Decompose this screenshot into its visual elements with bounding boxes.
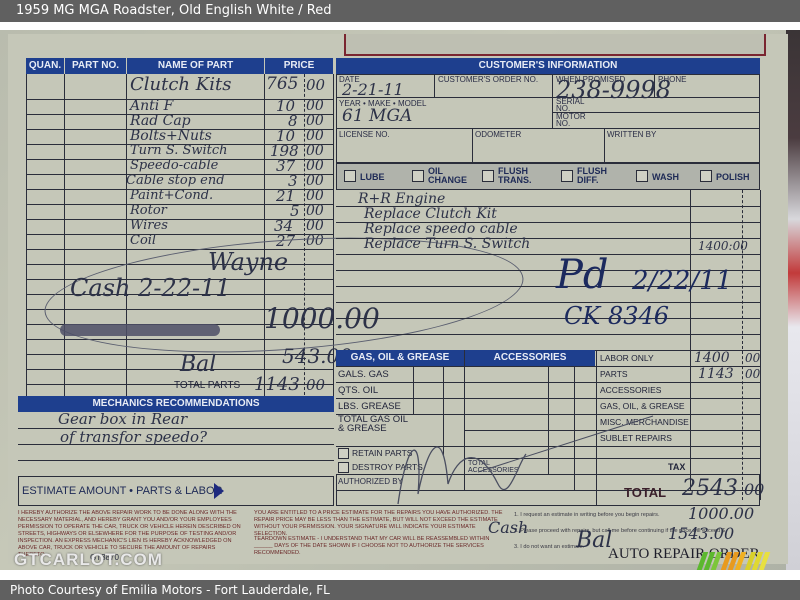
col-header-quan: QUAN. xyxy=(26,58,64,74)
divider xyxy=(336,366,760,367)
flush-trans-label: FLUSH TRANS. xyxy=(498,167,538,185)
year-make-model-value[interactable]: 61 MGA xyxy=(342,106,412,126)
part-cents: 00 xyxy=(306,113,324,129)
estimate-rights-text: YOU ARE ENTITLED TO A PRICE ESTIMATE FOR… xyxy=(254,510,508,538)
divider xyxy=(742,190,743,500)
labor-amount: 1400:00 xyxy=(698,239,748,253)
parts-value: 1143 xyxy=(698,366,734,382)
flush-trans-checkbox[interactable] xyxy=(482,170,494,182)
paid-mark: Pd xyxy=(556,252,609,298)
lbs-grease-label: LBS. GREASE xyxy=(338,401,401,412)
divider xyxy=(126,74,127,400)
part-name: Speedo-cable xyxy=(130,158,218,173)
parts-cents: 00 xyxy=(745,367,760,381)
background-edge xyxy=(786,30,800,570)
divider xyxy=(336,318,760,319)
accessories-header: ACCESSORIES xyxy=(465,350,595,366)
bottom-cash-amount: 1000.00 xyxy=(688,504,754,523)
accessories-label: ACCESSORIES xyxy=(600,385,661,395)
part-cents: 00 xyxy=(306,143,324,159)
wash-checkbox[interactable] xyxy=(636,170,648,182)
part-name: Turn S. Switch xyxy=(130,143,228,158)
part-cents: 00 xyxy=(306,128,324,144)
part-name: Rotor xyxy=(130,203,167,218)
part-name: Clutch Kits xyxy=(130,74,231,95)
divider xyxy=(336,302,760,303)
serial-no-label: SERIAL NO. xyxy=(556,98,586,112)
part-cents: 00 xyxy=(306,188,324,204)
total-parts-value: 1143 xyxy=(254,374,300,395)
part-name: Rad Cap xyxy=(130,113,191,129)
gtcarlot-logo-icon xyxy=(696,552,770,570)
part-name: Anti F xyxy=(130,98,173,114)
part-cents: 00 xyxy=(306,98,324,114)
parts-label: PARTS xyxy=(600,369,628,379)
divider xyxy=(336,382,760,383)
odometer-label: ODOMETER xyxy=(475,130,521,139)
flush-diff-checkbox[interactable] xyxy=(561,170,573,182)
retain-parts-checkbox[interactable] xyxy=(338,448,349,459)
note-bal-label: Bal xyxy=(180,352,216,377)
part-name: Wires xyxy=(130,218,168,233)
divider xyxy=(336,398,760,399)
col-header-price: PRICE xyxy=(265,58,333,74)
divider xyxy=(413,366,414,414)
divider xyxy=(26,74,27,400)
part-name: Paint+Cond. xyxy=(130,188,213,203)
listing-title: 1959 MG MGA Roadster, Old English White … xyxy=(16,3,332,18)
divider xyxy=(336,254,760,255)
listing-title-bar: 1959 MG MGA Roadster, Old English White … xyxy=(0,0,800,22)
motor-no-label: MOTOR NO. xyxy=(556,113,586,127)
mechanics-line: Gear box in Rear xyxy=(58,410,187,428)
total-parts-cents: 00 xyxy=(306,376,325,394)
flush-diff-label: FLUSH DIFF. xyxy=(577,167,611,185)
part-price: 765 xyxy=(266,74,298,94)
note-wayne: Wayne xyxy=(208,248,288,276)
labor-only-cents: 00 xyxy=(745,351,760,365)
divider xyxy=(760,190,761,500)
customer-info-header: CUSTOMER'S INFORMATION xyxy=(336,58,760,74)
photo-credit: Photo Courtesy of Emilia Motors - Fort L… xyxy=(10,583,330,597)
divider xyxy=(18,460,334,461)
gas-oil-grease-header: GAS, OIL & GREASE xyxy=(336,350,464,366)
divider xyxy=(336,128,760,129)
mechanics-line: of transfor speedo? xyxy=(60,428,207,446)
total-parts-label: TOTAL PARTS xyxy=(174,380,240,391)
gtcarlot-watermark: GTCARLOT.COM xyxy=(14,550,163,570)
divider xyxy=(336,334,760,335)
polish-label: POLISH xyxy=(716,172,750,182)
polish-checkbox[interactable] xyxy=(700,170,712,182)
paid-date: 2/22/11 xyxy=(632,266,732,296)
estimate-label: ESTIMATE AMOUNT • PARTS & LABOR xyxy=(22,485,222,497)
oil-change-label: OIL CHANGE xyxy=(428,167,470,185)
labor-line: Replace speedo cable xyxy=(364,221,518,237)
red-header-box xyxy=(344,34,766,56)
bottom-bal-amount: 1543.00 xyxy=(668,524,734,543)
total-cents: 00 xyxy=(744,480,764,499)
note-cash: Cash 2-22-11 xyxy=(70,274,231,302)
lube-checkbox[interactable] xyxy=(344,170,356,182)
part-name: Coil xyxy=(130,233,156,248)
labor-line: R+R Engine xyxy=(358,191,445,207)
bottom-bal-note: Bal xyxy=(576,528,612,553)
part-cents: 00 xyxy=(306,218,324,234)
lube-label: LUBE xyxy=(360,172,385,182)
photo-credit-bar: Photo Courtesy of Emilia Motors - Fort L… xyxy=(0,580,800,600)
total-value: 2543 xyxy=(682,476,738,501)
paid-check: CK 8346 xyxy=(564,302,669,330)
tax-label: TAX xyxy=(668,462,685,472)
oil-change-checkbox[interactable] xyxy=(412,170,424,182)
arrow-right-icon xyxy=(214,483,224,499)
strike-line xyxy=(478,414,658,474)
divider xyxy=(472,128,473,163)
repair-order-sheet: QUAN. PART NO. NAME OF PART PRICE Cl xyxy=(8,34,788,564)
divider xyxy=(434,74,435,97)
divider xyxy=(690,350,691,490)
qts-oil-label: QTS. OIL xyxy=(338,385,378,396)
part-cents: 00 xyxy=(306,76,325,94)
bottom-cash-note: Cash xyxy=(488,518,528,537)
labor-line: Replace Clutch Kit xyxy=(364,206,497,222)
scribble-out xyxy=(60,324,220,336)
services-bar xyxy=(336,163,760,190)
total-label: TOTAL xyxy=(624,485,666,500)
destroy-parts-checkbox[interactable] xyxy=(338,462,349,473)
repair-order-photo: QUAN. PART NO. NAME OF PART PRICE Cl xyxy=(0,30,800,570)
part-name: Cable stop end xyxy=(126,173,225,188)
order-no-label: CUSTOMER'S ORDER NO. xyxy=(438,75,538,84)
license-no-label: LICENSE NO. xyxy=(339,130,390,139)
divider xyxy=(64,74,65,400)
part-cents: 00 xyxy=(306,203,324,219)
part-cents: 00 xyxy=(306,173,324,189)
gas-oil-grease-label: GAS, OIL, & GREASE xyxy=(600,401,685,411)
date-value[interactable]: 2-21-11 xyxy=(342,80,404,99)
col-header-name-of-part: NAME OF PART xyxy=(127,58,264,74)
part-name: Bolts+Nuts xyxy=(130,128,212,144)
labor-only-label: LABOR ONLY xyxy=(600,353,654,363)
teardown-text: TEARDOWN ESTIMATE - I UNDERSTAND THAT MY… xyxy=(254,536,508,557)
labor-line: Replace Turn S. Switch xyxy=(364,236,530,252)
labor-only-value: 1400 xyxy=(694,350,730,366)
part-cents: 00 xyxy=(306,158,324,174)
gals-gas-label: GALS. GAS xyxy=(338,369,389,380)
col-header-part-no: PART NO. xyxy=(65,58,126,74)
divider xyxy=(604,128,605,163)
written-by-label: WRITTEN BY xyxy=(607,130,656,139)
divider xyxy=(552,74,553,128)
wash-label: WASH xyxy=(652,172,679,182)
